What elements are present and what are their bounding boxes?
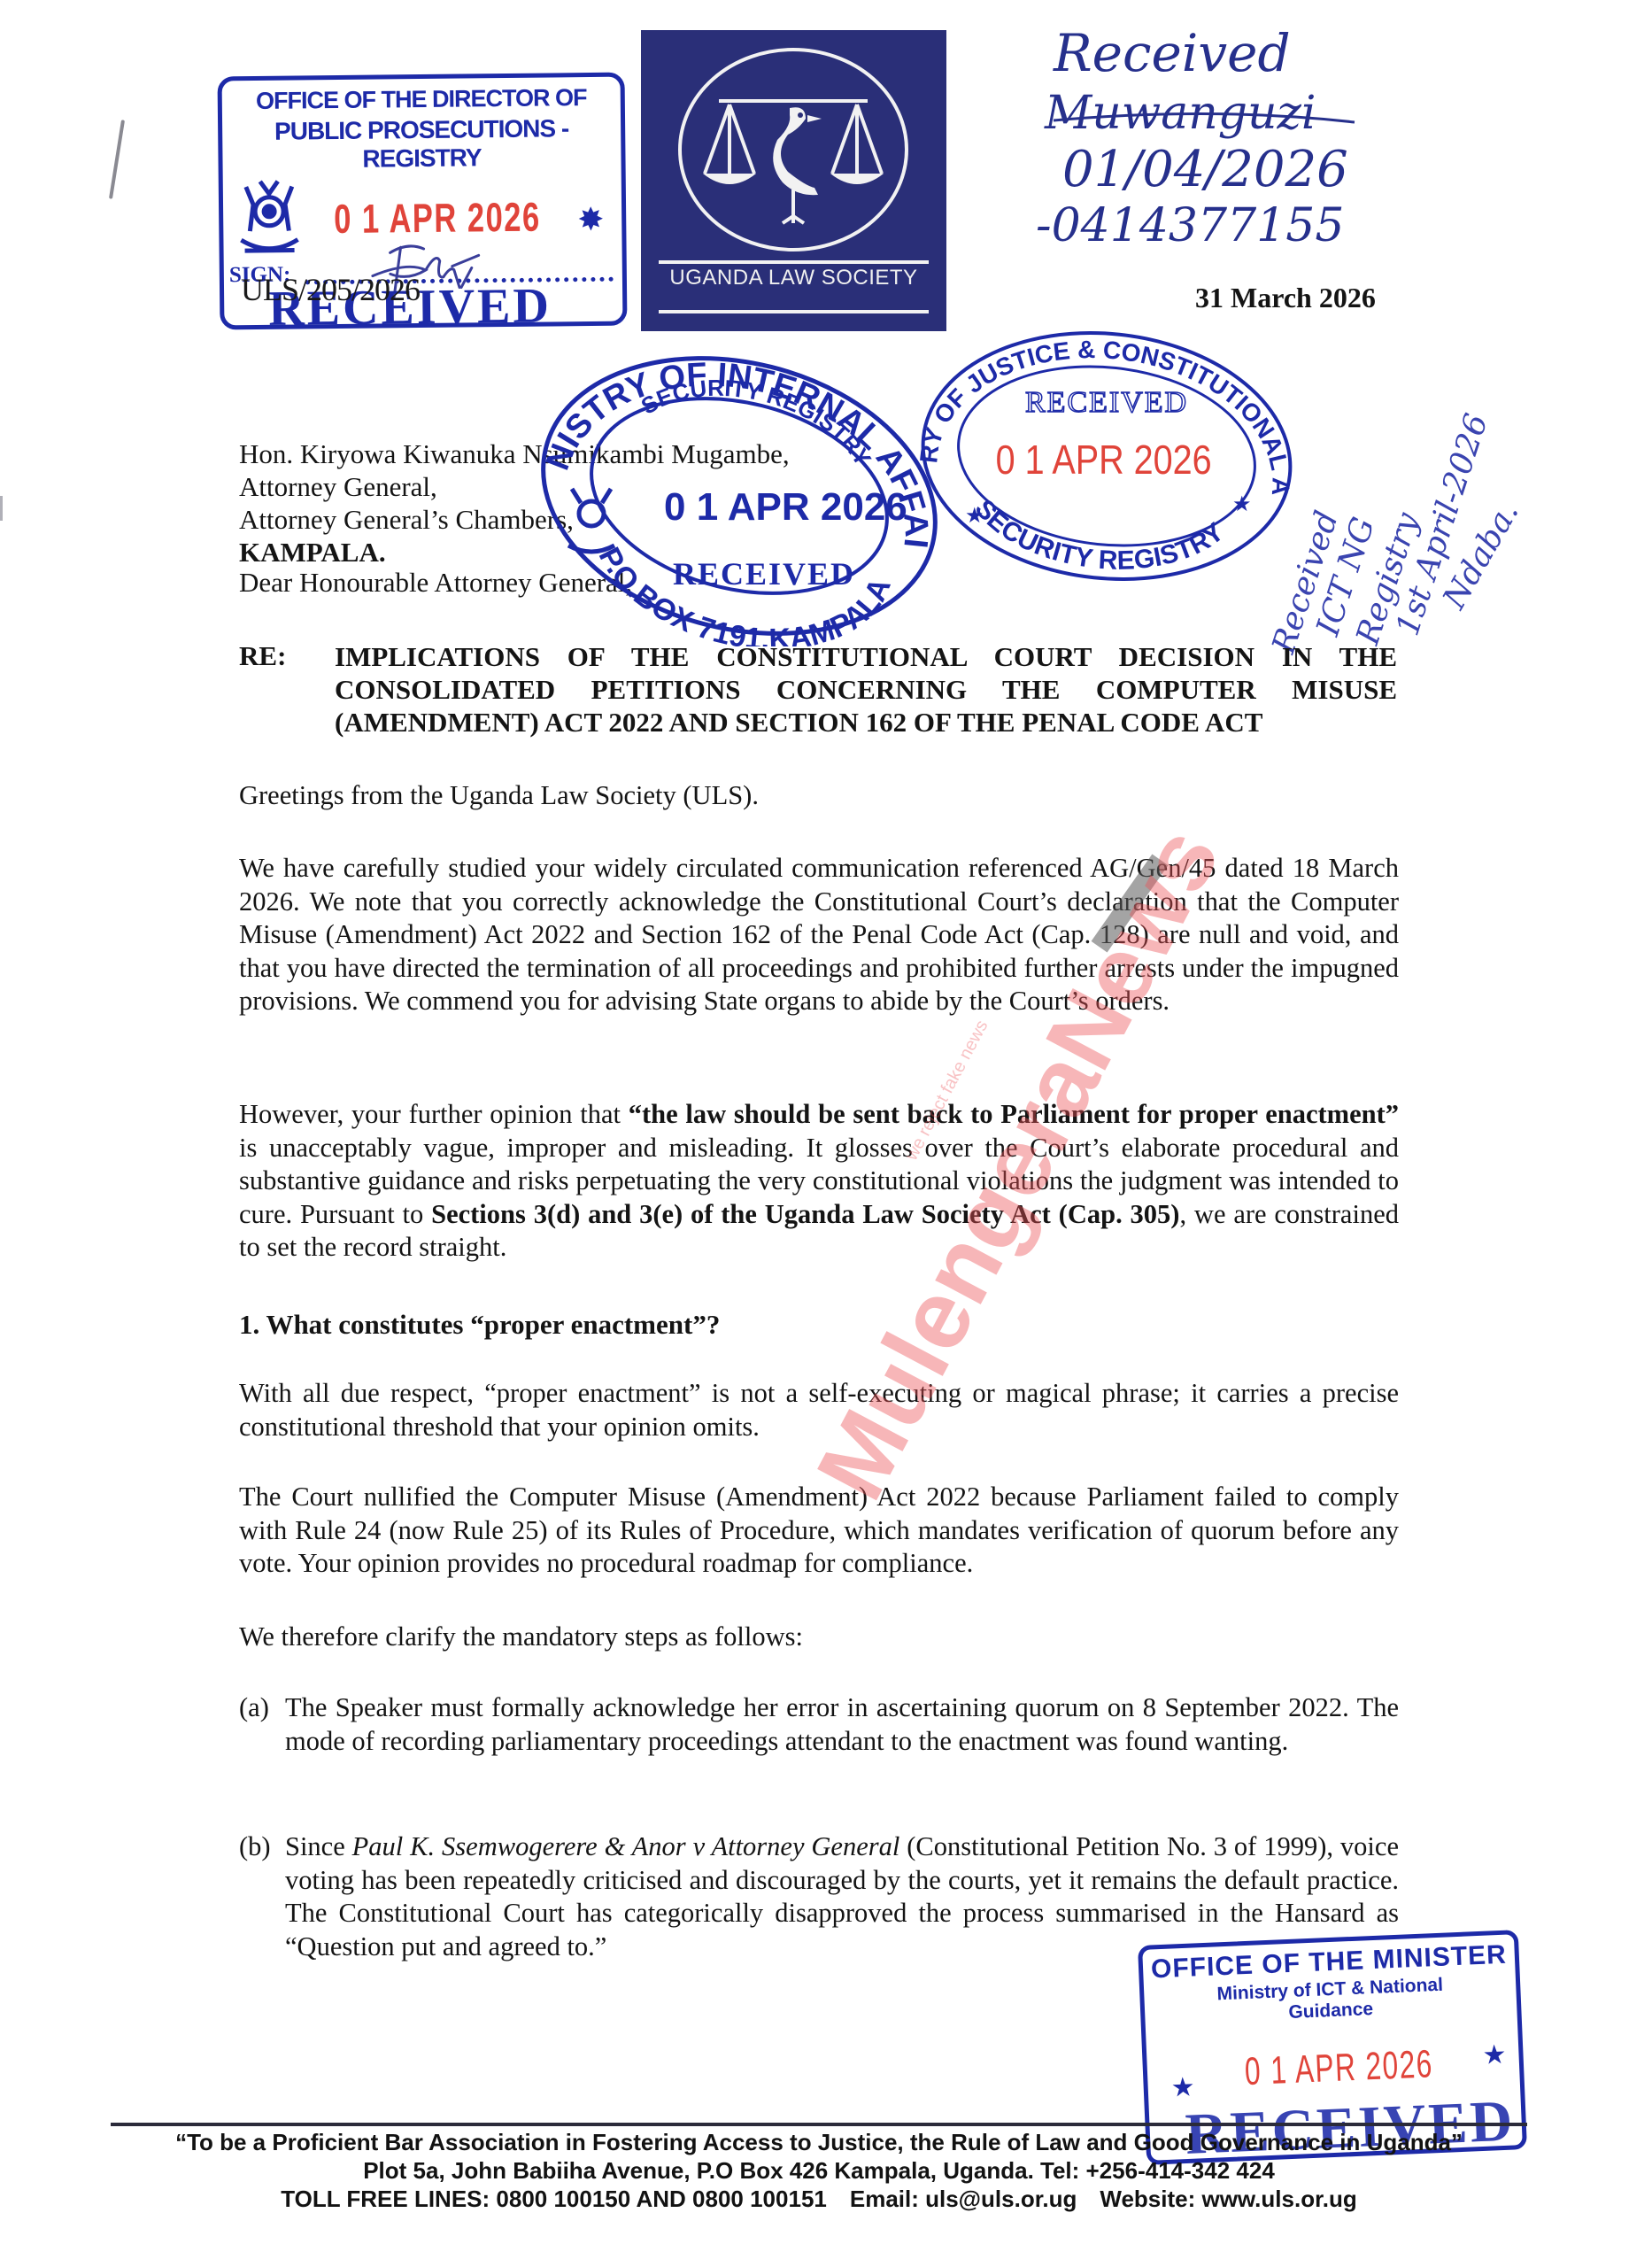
coat-of-arms-icon [234, 168, 305, 267]
step-text: The Speaker must formally acknowledge he… [285, 1691, 1399, 1758]
star-icon: ✸ [577, 201, 605, 238]
justice-stamp-registry: SECURITY REGISTRY [964, 492, 1231, 588]
internal-affairs-date: 0 1 APR 2026 [664, 485, 907, 529]
step-marker: (a) [239, 1691, 269, 1725]
dpp-stamp-line2: PUBLIC PROSECUTIONS - REGISTRY [222, 114, 621, 175]
internal-affairs-stamp: MINISTRY OF INTERNAL AFFAIRS SECURITY RE… [531, 345, 947, 646]
star-icon: ★ [1170, 2072, 1195, 2104]
reference-number: ULS/205/2026 [241, 271, 420, 308]
justice-stamp-date: 0 1 APR 2026 [996, 437, 1212, 483]
subject-label: RE: [239, 640, 286, 672]
paragraph-5: We therefore clarify the mandatory steps… [239, 1621, 1399, 1654]
star-icon: ★ [1482, 2039, 1507, 2071]
subject-heading: IMPLICATIONS OF THE CONSTITUTIONAL COURT… [335, 640, 1397, 739]
paragraph-2: However, your further opinion that “the … [239, 1098, 1399, 1265]
case-citation: Paul K. Ssemwogerere & Anor v Attorney G… [352, 1831, 900, 1861]
footer-motto: “To be a Proficient Bar Association in F… [111, 2129, 1527, 2156]
footer-divider [111, 2123, 1527, 2126]
letter-date: 31 March 2026 [1195, 282, 1376, 314]
handwritten-line-3: 01/04/2026 [1062, 141, 1348, 198]
toll-free-lines: TOLL FREE LINES: 0800 100150 AND 0800 10… [281, 2186, 827, 2212]
dpp-stamp-line1: OFFICE OF THE DIRECTOR OF [222, 84, 621, 116]
subject-line-3: (AMENDMENT) ACT 2022 AND SECTION 162 OF … [335, 706, 1397, 739]
ict-stamp-date: 0 1 APR 2026 [1244, 2042, 1434, 2094]
uls-logo-text: UGANDA LAW SOCIETY [641, 266, 946, 290]
footer-email[interactable]: Email: uls@uls.or.ug [850, 2186, 1077, 2212]
paragraph-3: With all due respect, “proper enactment”… [239, 1377, 1399, 1443]
uls-logo: UGANDA LAW SOCIETY [641, 30, 946, 331]
handwritten-receipt-note: Received Muwanguzi 01/04/2026 -041437715… [1036, 9, 1478, 248]
star-icon: ★ [965, 505, 984, 528]
paragraph-1: We have carefully studied your widely ci… [239, 852, 1399, 1018]
footer-address: Plot 5a, John Babiiha Avenue, P.O Box 42… [111, 2157, 1527, 2185]
handwritten-line-4: -0414377155 [1036, 199, 1344, 248]
step-marker: (b) [239, 1830, 271, 1864]
justice-stamp-received: RECEIVED [1025, 386, 1188, 419]
section-heading-1: 1. What constitutes “proper enactment”? [239, 1309, 720, 1341]
scan-edge-mark [0, 496, 3, 521]
quoted-opinion: “the law should be sent back to Parliame… [629, 1099, 1399, 1129]
greeting: Greetings from the Uganda Law Society (U… [239, 779, 1399, 813]
subject-line-2: CONSOLIDATED PETITIONS CONCERNING THE CO… [335, 673, 1397, 706]
paragraph-4: The Court nullified the Computer Misuse … [239, 1481, 1399, 1581]
internal-affairs-received: RECEIVED [673, 556, 855, 592]
svg-text:SECURITY REGISTRY: SECURITY REGISTRY [964, 492, 1231, 588]
footer-contacts: TOLL FREE LINES: 0800 100150 AND 0800 10… [111, 2186, 1527, 2213]
staple-mark [109, 120, 125, 199]
subject-line-1: IMPLICATIONS OF THE CONSTITUTIONAL COURT… [335, 640, 1397, 673]
handwritten-line-1: Received [1053, 23, 1291, 83]
footer-website[interactable]: Website: www.uls.or.ug [1100, 2186, 1356, 2212]
handwritten-margin-note: Received ICT NG Registry 1st April-2026 … [1239, 319, 1540, 673]
uls-act-reference: Sections 3(d) and 3(e) of the Uganda Law… [431, 1199, 1179, 1229]
